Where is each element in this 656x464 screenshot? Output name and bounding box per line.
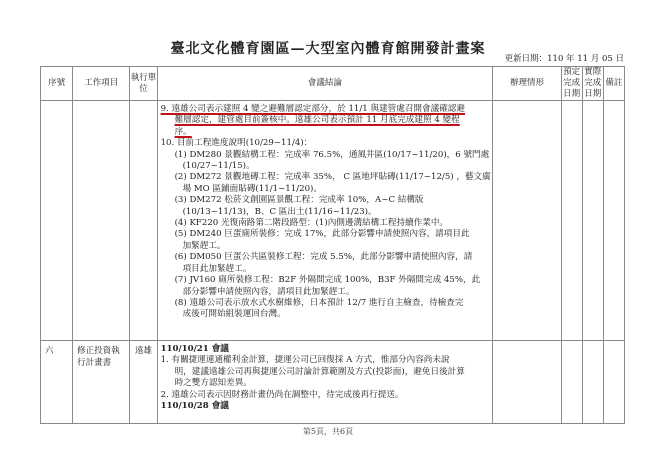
conclusion-line: 加緊趕工。: [161, 241, 490, 252]
conclusion-line: 難層認定，建管處目前簽核中。遠雄公司表示預計 11 月底完成建照 4 變程: [161, 115, 490, 126]
project-table: 序號 工作項目 執行單位 會議結論 辦理情形 預定完成日期 實際完成日期 備註 …: [40, 66, 625, 424]
header-unit: 執行單位: [130, 67, 157, 101]
conclusion-line: 1. 有關捷運連通權利金計算，捷運公司已回復採 A 方式，惟部分內容尚未說: [161, 355, 490, 366]
header-conclusion: 會議結論: [157, 67, 493, 101]
conclusion-line: (10/27~11/15)。: [161, 161, 490, 172]
cell-conclusion: 9. 遠雄公司表示建照 4 變之避難層認定部分，於 11/1 與建管處召開會議確…: [157, 101, 493, 341]
cell-no: 六: [41, 341, 73, 424]
conclusion-line: 成後可開始組裝運回台灣。: [161, 309, 490, 320]
conclusion-line: 部分影響申請使照內容，請項目此加緊趕工。: [161, 287, 490, 298]
conclusion-line: (10/13~11/13)，B、C 區出土(11/16~11/23)。: [161, 207, 490, 218]
conclusion-line: 10. 目前工程進度說明(10/29~11/4)：: [161, 138, 490, 149]
header-planned-date: 預定完成日期: [561, 67, 582, 101]
table-row: 9. 遠雄公司表示建照 4 變之避難層認定部分，於 11/1 與建管處召開會議確…: [41, 101, 625, 341]
meeting-heading: 110/10/21 會議: [161, 344, 490, 355]
conclusion-line: (8) 遠雄公司表示放水式水樹維修，日本預計 12/7 進行自主檢查，待檢查完: [161, 298, 490, 309]
cell-actual-date: [582, 101, 603, 341]
header-no: 序號: [41, 67, 73, 101]
header-note: 備註: [603, 67, 624, 101]
cell-no: [41, 101, 73, 341]
cell-note: [603, 101, 624, 341]
cell-status: [493, 101, 561, 341]
header-item: 工作項目: [73, 67, 130, 101]
conclusion-line: (4) KF220 光復南路第二階段路型：(1)內側邊溝結構工程持續作業中。: [161, 218, 490, 229]
conclusion-line: 2. 遠雄公司表示因財務計畫仍尚在調整中，待完成後再行提送。: [161, 390, 490, 401]
cell-planned-date: [561, 101, 582, 341]
conclusion-line: (2) DM272 景觀地磚工程：完成率 35%， C 區地坪貼磚(11/17~…: [161, 172, 490, 183]
conclusion-line: 明，建議遠雄公司再與捷運公司討論計算範圍及方式(投影面)，避免日後計算: [161, 367, 490, 378]
conclusion-line: (6) DM050 巨蛋公共區裝修工程：完成 5.5%，此部分影響申請使照內容，…: [161, 252, 490, 263]
conclusion-line: 序。: [161, 127, 490, 138]
conclusion-line: (5) DM240 巨蛋廁所裝修：完成 17%，此部分影響申請使照內容，請項目此: [161, 229, 490, 240]
conclusion-line: (3) DM272 松菸文創園區景觀工程：完成率 10%，A~C 結構版: [161, 195, 490, 206]
updated-date: 更新日期：110 年 11 月 05 日: [505, 52, 624, 64]
cell-planned-date: [561, 341, 582, 424]
table-row: 六 修正投資執行計畫書 遠雄 110/10/21 會議 1. 有關捷運連通權利金…: [41, 341, 625, 424]
conclusion-line: (1) DM280 景觀結構工程：完成率 76.5%，通風井區(10/17~11…: [161, 150, 490, 161]
cell-status: [493, 341, 561, 424]
cell-conclusion: 110/10/21 會議 1. 有關捷運連通權利金計算，捷運公司已回復採 A 方…: [157, 341, 493, 424]
table-header-row: 序號 工作項目 執行單位 會議結論 辦理情形 預定完成日期 實際完成日期 備註: [41, 67, 625, 101]
cell-note: [603, 341, 624, 424]
page-number: 第5頁，共6頁: [0, 426, 656, 437]
conclusion-line: 場 MO 區鋪面貼磚(11/1~11/20)。: [161, 184, 490, 195]
cell-item: 修正投資執行計畫書: [73, 341, 130, 424]
header-status: 辦理情形: [493, 67, 561, 101]
cell-actual-date: [582, 341, 603, 424]
cell-unit: [130, 101, 157, 341]
cell-unit: 遠雄: [130, 341, 157, 424]
conclusion-line: 項目此加緊趕工。: [161, 264, 490, 275]
conclusion-line: 9. 遠雄公司表示建照 4 變之避難層認定部分，於 11/1 與建管處召開會議確…: [161, 104, 490, 115]
cell-item: [73, 101, 130, 341]
conclusion-line: 時之雙方認知差異。: [161, 378, 490, 389]
conclusion-line: (7) JV160 廁所裝修工程：B2F 外隔間完成 100%，B3F 外隔間完…: [161, 275, 490, 286]
meeting-heading: 110/10/28 會議: [161, 401, 490, 412]
header-actual-date: 實際完成日期: [582, 67, 603, 101]
